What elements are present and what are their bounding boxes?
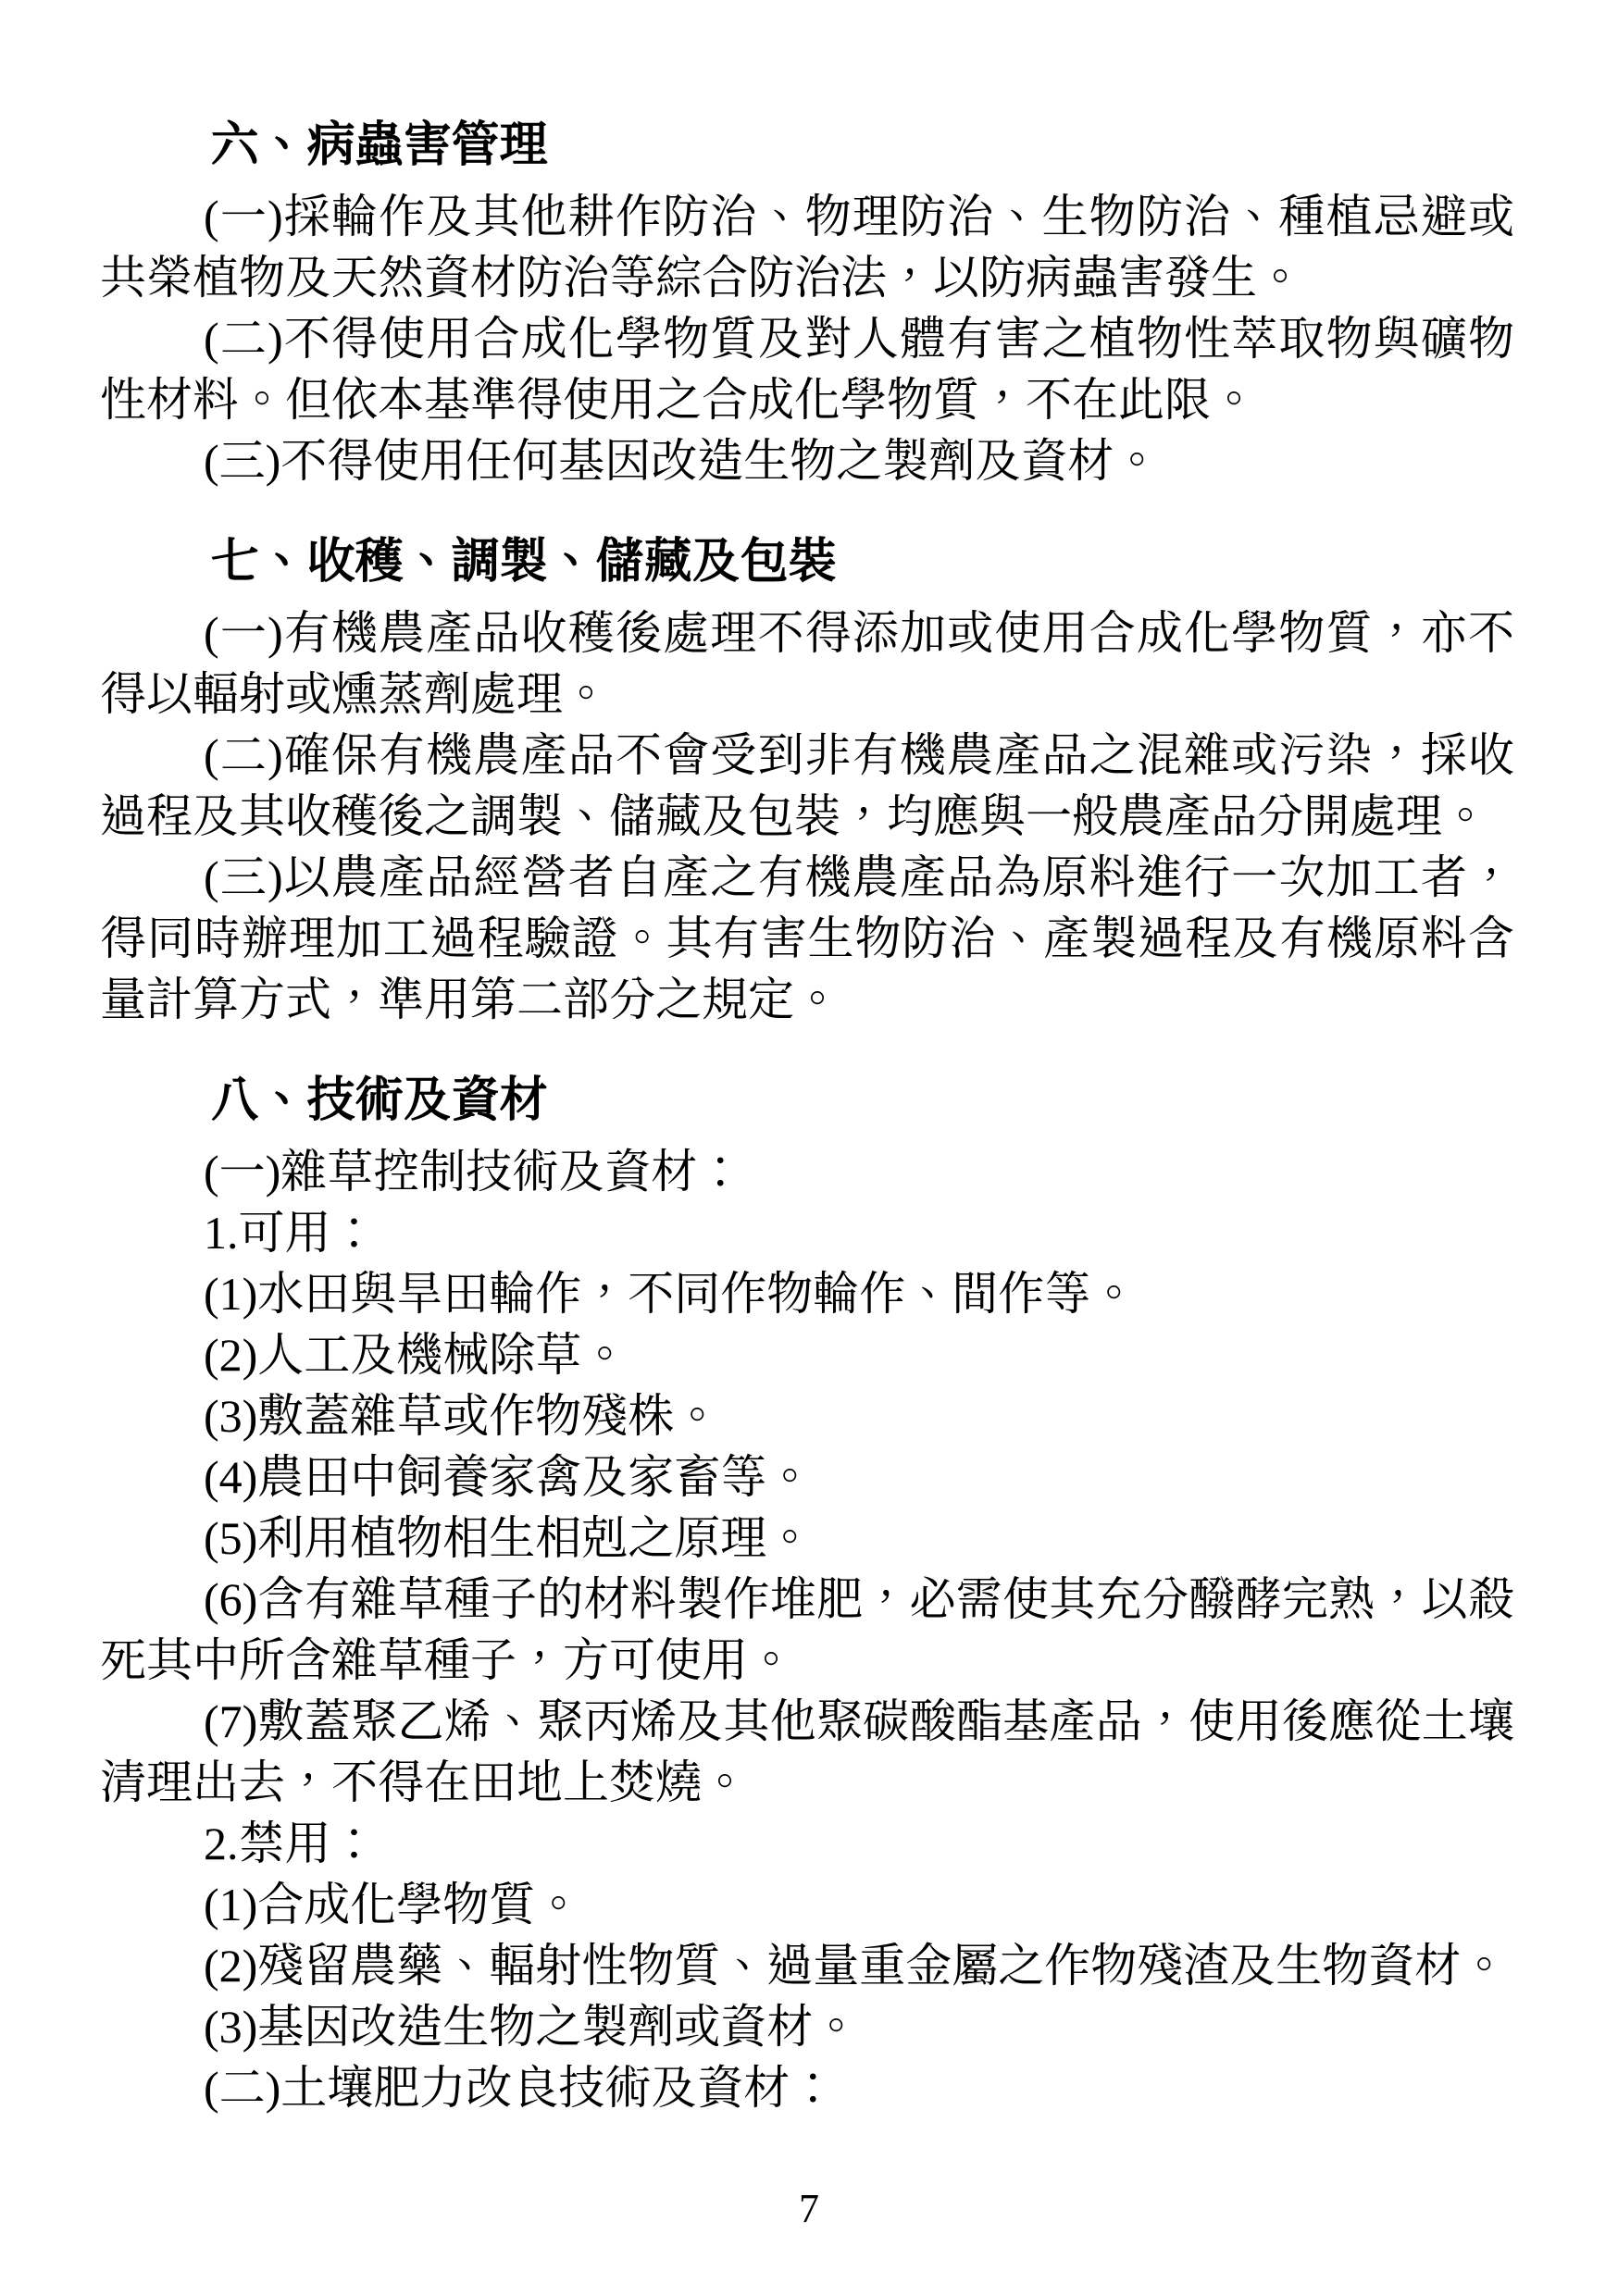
section-heading-pest-management: 六、病蟲害管理 (100, 116, 1514, 177)
document-content: 六、病蟲害管理 (一)採輪作及其他耕作防治、物理防治、生物防治、種植忌避或共榮植… (100, 0, 1514, 2118)
paragraph: (二)不得使用合成化學物質及對人體有害之植物性萃取物與礦物性材料。但依本基準得使… (100, 308, 1514, 430)
paragraph: (二)土壤肥力改良技術及資材： (100, 2057, 1514, 2118)
page-number: 7 (0, 2186, 1618, 2232)
paragraph: (5)利用植物相生相剋之原理。 (100, 1508, 1514, 1569)
paragraph: (1)水田與旱田輪作，不同作物輪作、間作等。 (100, 1263, 1514, 1324)
paragraph: (一)有機農產品收穫後處理不得添加或使用合成化學物質，亦不得以輻射或燻蒸劑處理。 (100, 602, 1514, 725)
paragraph: 1.可用： (100, 1202, 1514, 1263)
paragraph: (3)基因改造生物之製劑或資材。 (100, 1996, 1514, 2057)
section-heading-techniques-materials: 八、技術及資材 (100, 1071, 1514, 1132)
paragraph: (2)殘留農藥、輻射性物質、過量重金屬之作物殘渣及生物資材。 (100, 1935, 1514, 1996)
paragraph: (三)以農產品經營者自產之有機農產品為原料進行一次加工者，得同時辦理加工過程驗證… (100, 847, 1514, 1030)
document-page: 六、病蟲害管理 (一)採輪作及其他耕作防治、物理防治、生物防治、種植忌避或共榮植… (0, 0, 1618, 2296)
paragraph: (3)敷蓋雜草或作物殘株。 (100, 1385, 1514, 1446)
paragraph: (二)確保有機農產品不會受到非有機農產品之混雜或污染，採收過程及其收穫後之調製、… (100, 725, 1514, 847)
paragraph: (三)不得使用任何基因改造生物之製劑及資材。 (100, 430, 1514, 491)
paragraph: (7)敷蓋聚乙烯、聚丙烯及其他聚碳酸酯基產品，使用後應從土壤清理出去，不得在田地… (100, 1691, 1514, 1813)
paragraph: (4)農田中飼養家禽及家畜等。 (100, 1446, 1514, 1508)
section-heading-harvest-packaging: 七、收穫、調製、儲藏及包裝 (100, 532, 1514, 593)
paragraph: 2.禁用： (100, 1813, 1514, 1874)
paragraph: (一)採輪作及其他耕作防治、物理防治、生物防治、種植忌避或共榮植物及天然資材防治… (100, 186, 1514, 308)
paragraph: (6)含有雜草種子的材料製作堆肥，必需使其充分醱酵完熟，以殺死其中所含雜草種子，… (100, 1569, 1514, 1691)
paragraph: (2)人工及機械除草。 (100, 1324, 1514, 1385)
paragraph: (1)合成化學物質。 (100, 1874, 1514, 1935)
paragraph: (一)雜草控制技術及資材： (100, 1141, 1514, 1202)
